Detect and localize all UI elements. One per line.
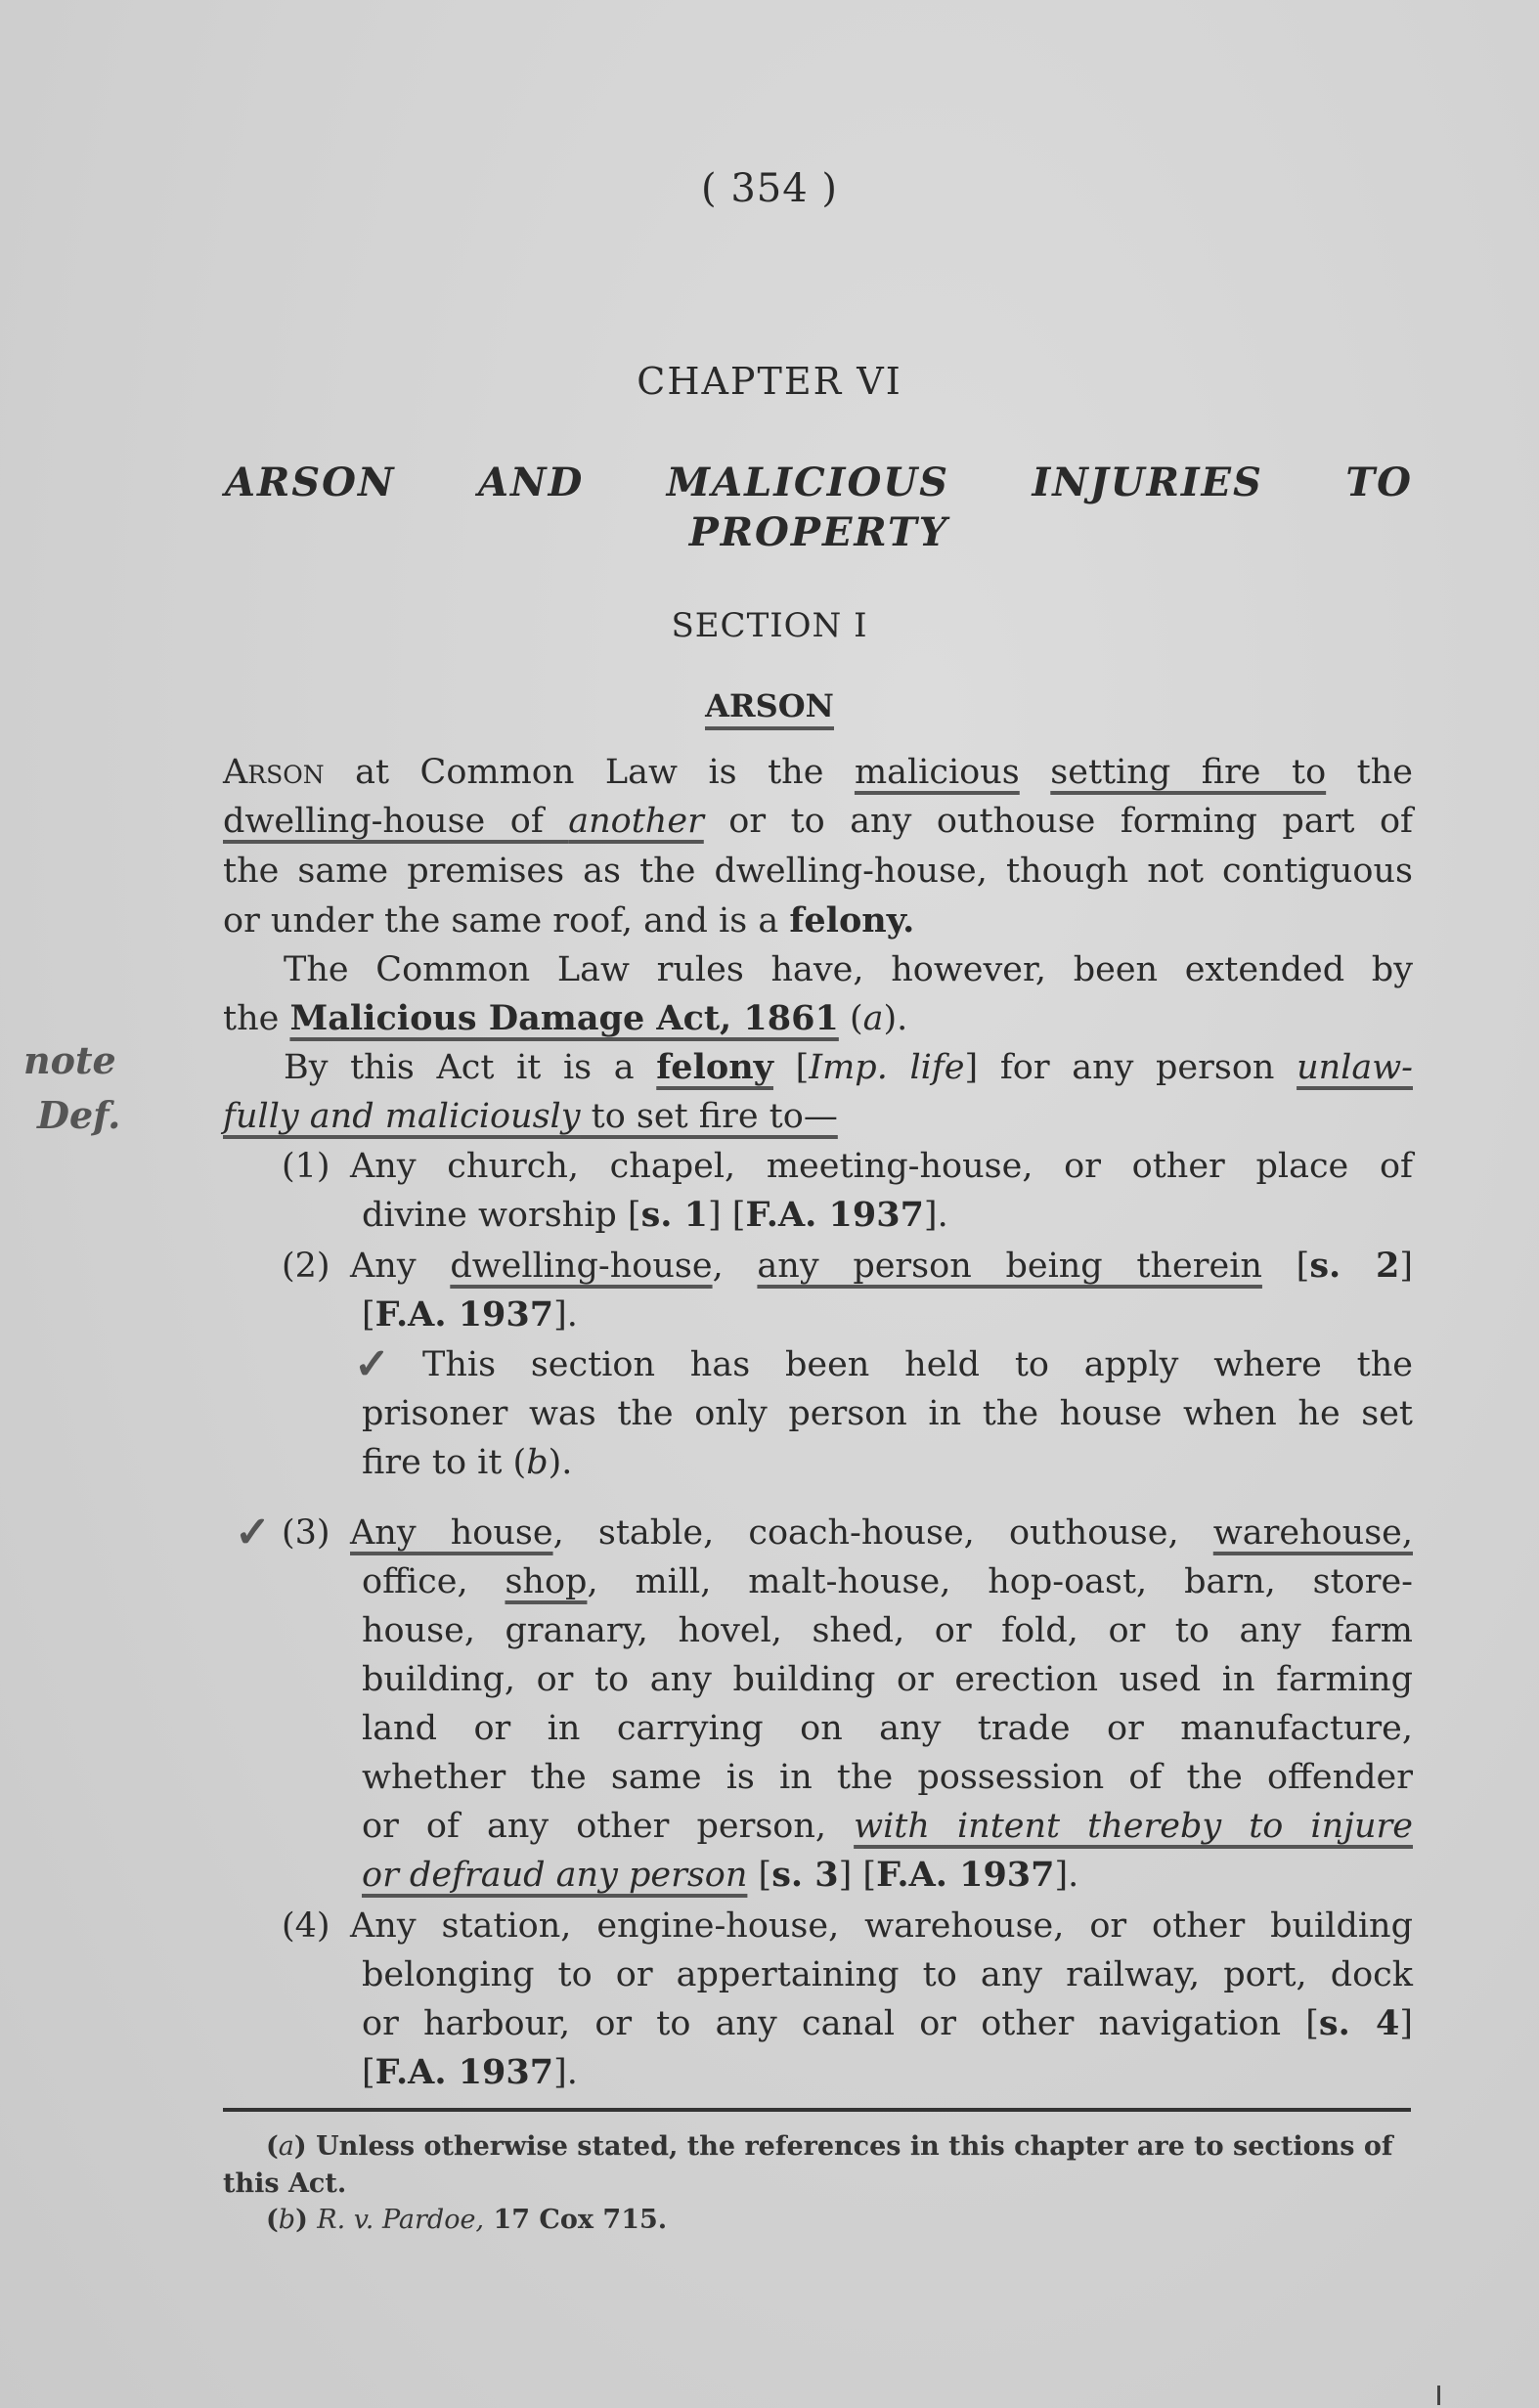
page-number: ( 354 ) bbox=[0, 166, 1539, 211]
footnote-a: (a) Unless otherwise stated, the referen… bbox=[266, 2131, 1412, 2163]
item-1-line: Any church, chapel, meeting-house, or ot… bbox=[350, 1147, 1413, 1186]
paragraph-1-line: or under the same roof, and is a felony. bbox=[223, 901, 1413, 941]
item-2-note-line: This section has been held to apply wher… bbox=[422, 1345, 1413, 1384]
footnote-a-continued: this Act. bbox=[223, 2168, 346, 2200]
item-3-line: office, shop, mill, malt-house, hop-oast… bbox=[362, 1562, 1413, 1601]
chapter-title-line-2: PROPERTY bbox=[225, 509, 1413, 555]
margin-note-line-2: Def. bbox=[37, 1093, 120, 1137]
footnote-b: (b) R. v. Pardoe, 17 Cox 715. bbox=[266, 2205, 667, 2236]
section-heading: SECTION I bbox=[0, 606, 1539, 645]
item-3-line: building, or to any building or erection… bbox=[362, 1660, 1413, 1699]
item-1-line: divine worship [s. 1] [F.A. 1937]. bbox=[362, 1196, 1413, 1235]
paragraph-2-line: the Malicious Damage Act, 1861 (a). bbox=[223, 999, 1413, 1038]
item-3-number: (3) bbox=[282, 1513, 330, 1553]
item-2-note-line: fire to it (b). bbox=[362, 1443, 1413, 1482]
item-2-number: (2) bbox=[282, 1247, 330, 1286]
item-3-line: whether the same is in the possession of… bbox=[362, 1758, 1413, 1797]
item-2-line: Any dwelling-house, any person being the… bbox=[350, 1247, 1413, 1286]
item-2-line: [F.A. 1937]. bbox=[362, 1295, 1413, 1335]
scan-mark bbox=[1437, 2386, 1440, 2405]
underline-malicious: malicious bbox=[855, 753, 1020, 792]
subject-heading: ARSON bbox=[0, 687, 1539, 724]
item-2-note-line: prisoner was the only person in the hous… bbox=[362, 1394, 1413, 1433]
underline-setting-fire: setting fire to bbox=[1050, 753, 1326, 792]
paragraph-1-line: dwelling-house of another or to any outh… bbox=[223, 802, 1413, 841]
margin-note-line-1: note bbox=[23, 1038, 116, 1082]
item-3-line: house, granary, hovel, shed, or fold, or… bbox=[362, 1611, 1413, 1650]
item-3-line: or of any other person, with intent ther… bbox=[362, 1807, 1413, 1846]
paragraph-3-line: By this Act it is a felony [Imp. life] f… bbox=[284, 1048, 1413, 1087]
paragraph-2-line: The Common Law rules have, however, been… bbox=[284, 950, 1413, 989]
paragraph-1-line: the same premises as the dwelling-house,… bbox=[223, 852, 1413, 891]
item-3-line: or defraud any person [s. 3] [F.A. 1937]… bbox=[362, 1856, 1413, 1895]
item-4-line: or harbour, or to any canal or other nav… bbox=[362, 2004, 1413, 2043]
item-1-number: (1) bbox=[282, 1147, 330, 1186]
item-4-line: belonging to or appertaining to any rail… bbox=[362, 1955, 1413, 1994]
item-3-line: land or in carrying on any trade or manu… bbox=[362, 1709, 1413, 1748]
item-4-line: [F.A. 1937]. bbox=[362, 2053, 1413, 2092]
check-mark-icon: ✓ bbox=[354, 1339, 390, 1389]
underline-dwelling-house: dwelling-house of another bbox=[223, 802, 704, 841]
footnote-rule bbox=[223, 2108, 1411, 2112]
chapter-title-line-1: ARSON AND MALICIOUS INJURIES TO bbox=[225, 460, 1413, 505]
item-4-number: (4) bbox=[282, 1906, 330, 1946]
chapter-heading: CHAPTER VI bbox=[0, 360, 1539, 403]
act-reference: Malicious Damage Act, 1861 bbox=[289, 998, 838, 1038]
paragraph-3-line: fully and maliciously to set fire to— bbox=[223, 1097, 1413, 1136]
item-3-line: Any house, stable, coach-house, outhouse… bbox=[350, 1513, 1413, 1553]
check-mark-icon: ✓ bbox=[235, 1508, 271, 1557]
paragraph-1-line: Arson at Common Law is the malicious set… bbox=[223, 753, 1413, 792]
item-4-line: Any station, engine-house, warehouse, or… bbox=[350, 1906, 1413, 1946]
